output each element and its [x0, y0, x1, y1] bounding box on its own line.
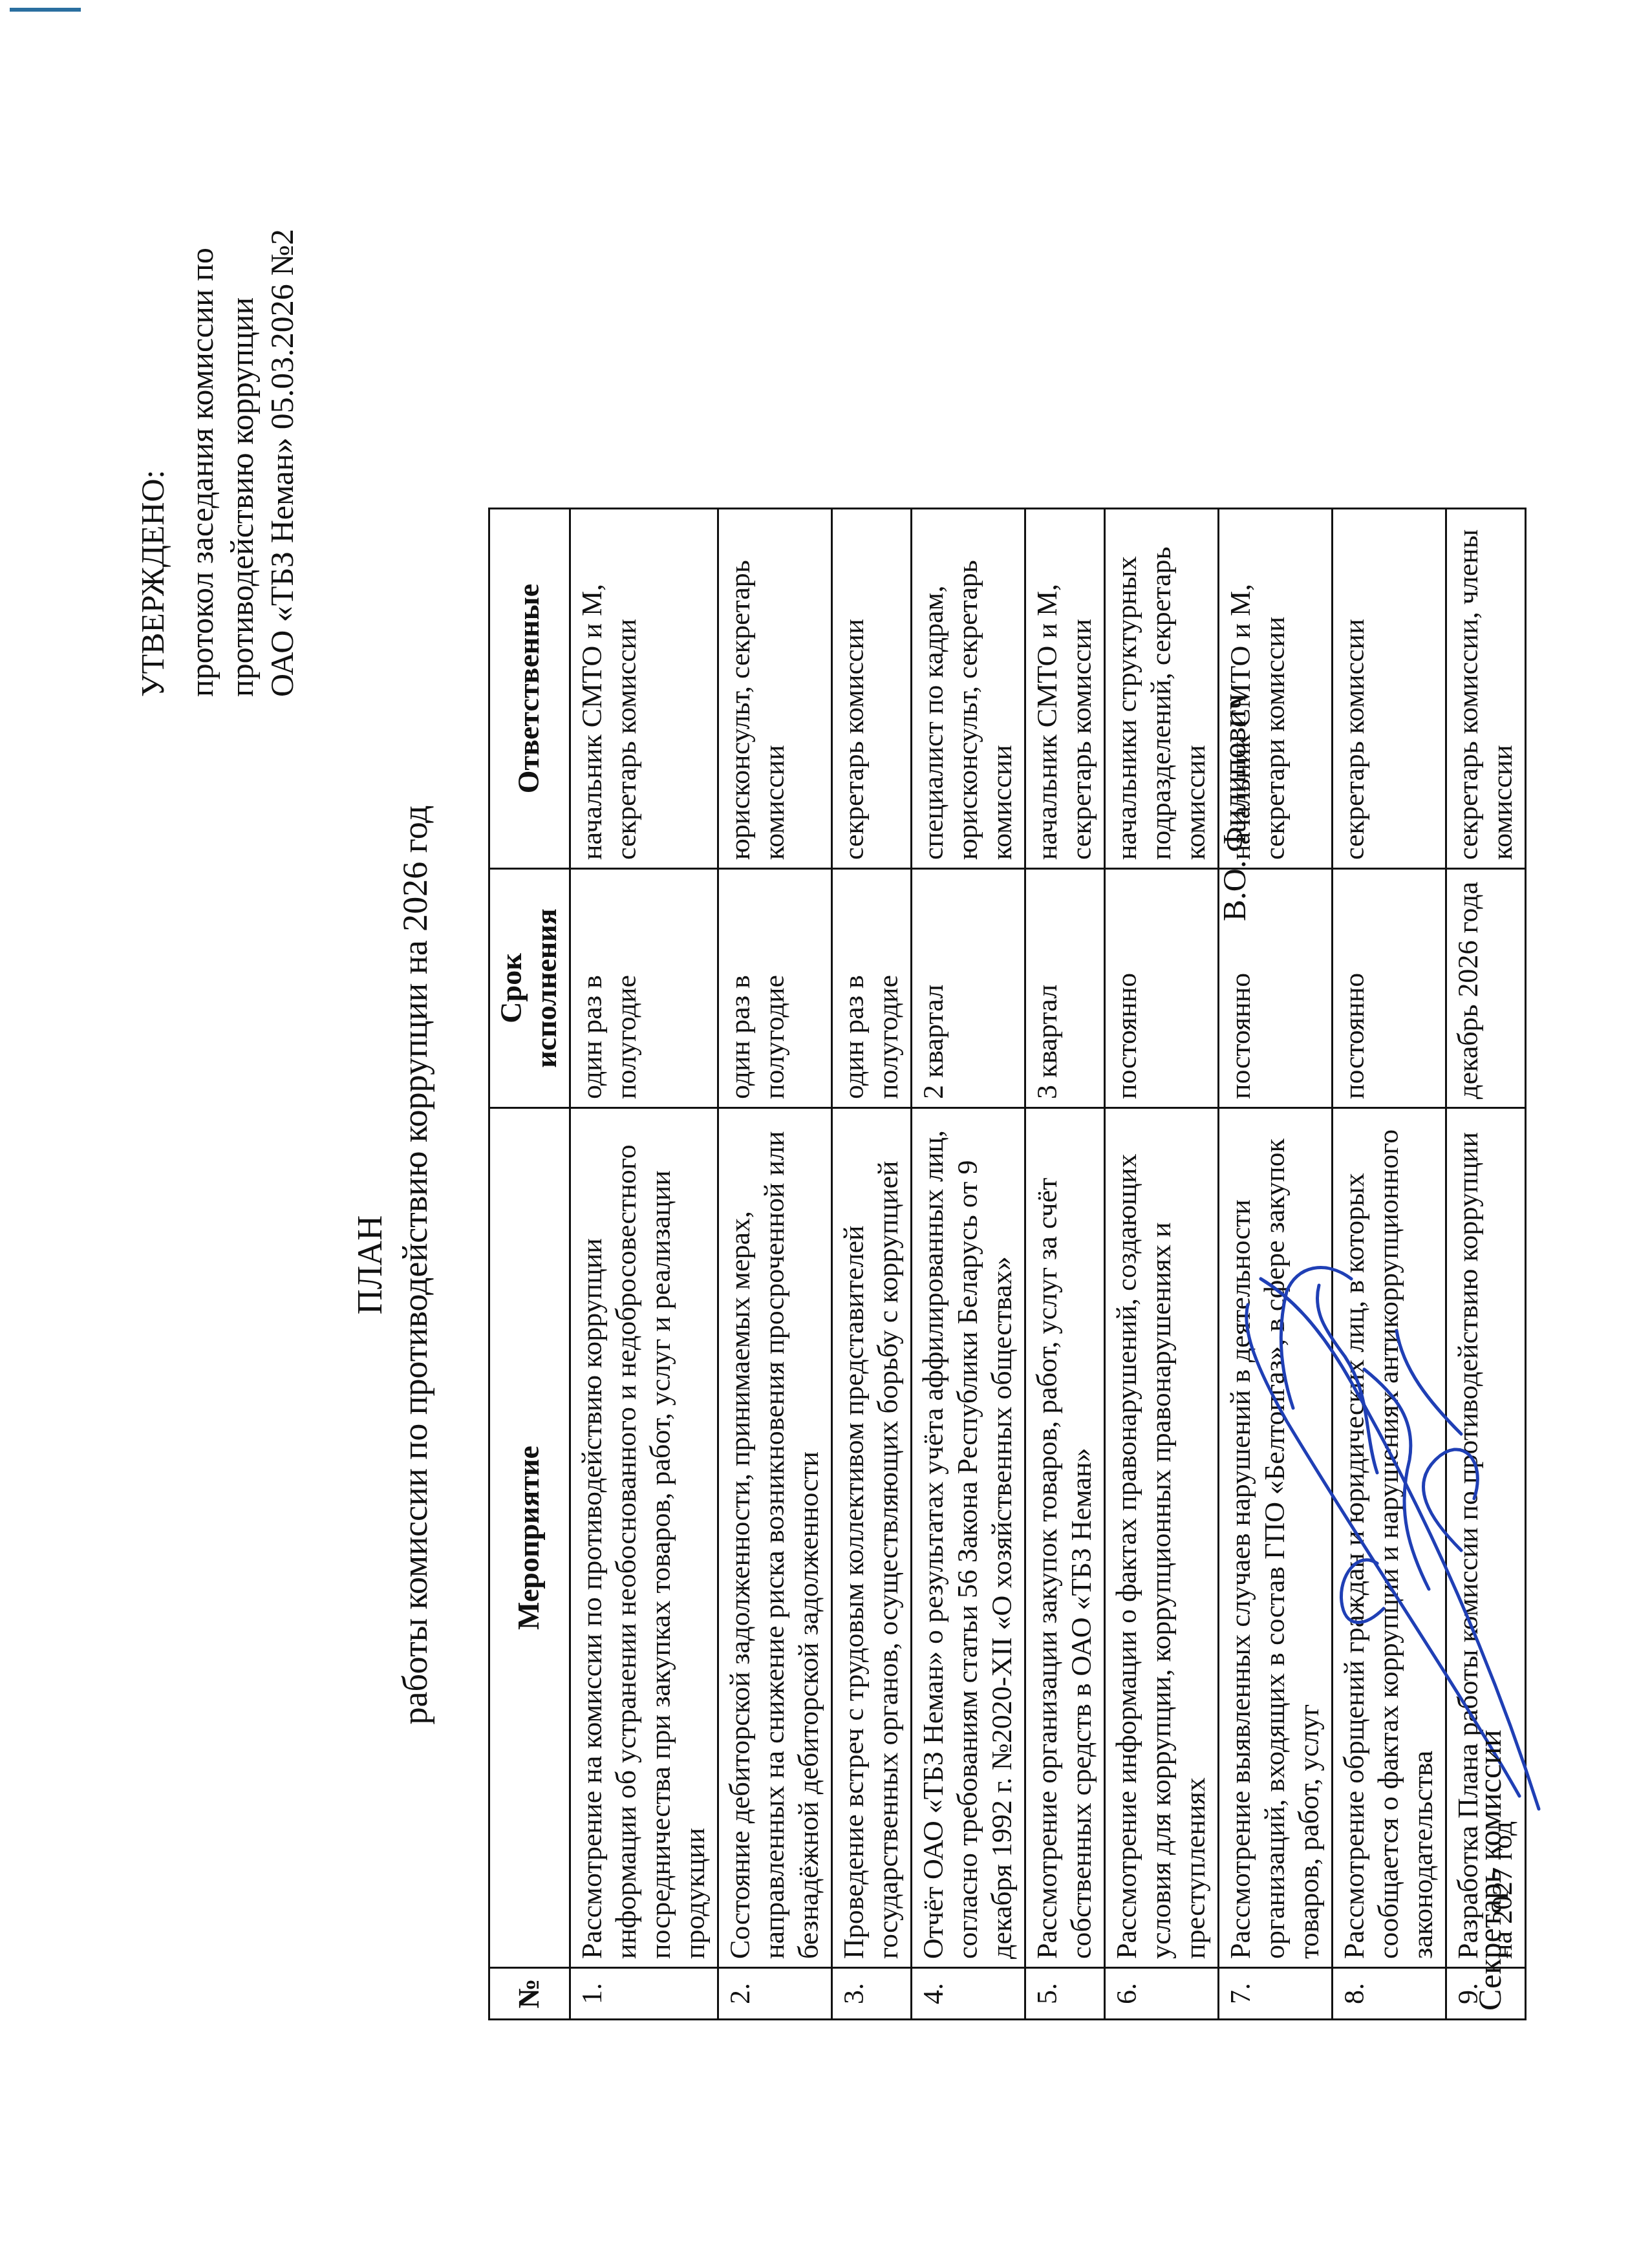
responsible-cell: начальник СМТО и М, секретарь комиссии: [570, 509, 718, 869]
activity-cell: Рассмотрение организации закупок товаров…: [1025, 1108, 1105, 1968]
column-header-activity: Мероприятие: [489, 1108, 570, 1968]
activity-cell: Состояние дебиторской задолженности, при…: [718, 1108, 832, 1968]
column-header-responsible: Ответственные: [489, 509, 570, 869]
table-row: 6.Рассмотрение информации о фактах право…: [1105, 509, 1219, 2020]
row-number-cell: 7.: [1219, 1968, 1333, 2020]
term-cell: один раз в полугодие: [570, 869, 718, 1108]
activity-cell: Отчёт ОАО «ТБЗ Неман» о результатах учёт…: [912, 1108, 1025, 1968]
signer-name: В.О. Филипович: [1216, 694, 1253, 921]
row-number-cell: 4.: [912, 1968, 1025, 2020]
activity-cell: Рассмотрение информации о фактах правона…: [1105, 1108, 1219, 1968]
row-number-cell: 8.: [1333, 1968, 1446, 2020]
row-number-cell: 2.: [718, 1968, 832, 2020]
responsible-cell: юрисконсульт, секретарь комиссии: [718, 509, 832, 869]
responsible-cell: секретарь комиссии: [832, 509, 912, 869]
activity-cell: Проведение встреч с трудовым коллективом…: [832, 1108, 912, 1968]
document-subtitle: работы комиссии по противодействию корру…: [394, 509, 436, 2020]
table-row: 4.Отчёт ОАО «ТБЗ Неман» о результатах уч…: [912, 509, 1025, 2020]
row-number-cell: 1.: [570, 1968, 718, 2020]
document-page: УТВЕРЖДЕНО: протокол заседания комиссии …: [0, 0, 1650, 2268]
scan-corner-mark: [10, 8, 81, 18]
row-number-cell: 3.: [832, 1968, 912, 2020]
term-cell: один раз в полугодие: [718, 869, 832, 1108]
responsible-cell: секретарь комиссии, члены комиссии: [1446, 509, 1526, 869]
term-cell: 2 квартал: [912, 869, 1025, 1108]
row-number-cell: 5.: [1025, 1968, 1105, 2020]
approval-line: противодействию коррупции: [222, 76, 262, 697]
responsible-cell: секретарь комиссии: [1333, 509, 1446, 869]
signer-role: Секретарь комиссии: [1471, 1729, 1508, 2011]
document-title: ПЛАН: [349, 509, 391, 2020]
table-row: 3.Проведение встреч с трудовым коллектив…: [832, 509, 912, 2020]
term-cell: 3 квартал: [1025, 869, 1105, 1108]
responsible-cell: специалист по кадрам, юрисконсульт, секр…: [912, 509, 1025, 869]
approval-line: протокол заседания комиссии по: [182, 76, 222, 697]
document-title-block: ПЛАН работы комиссии по противодействию …: [349, 509, 436, 2020]
responsible-cell: начальники структурных подразделений, се…: [1105, 509, 1219, 869]
approval-stamp: УТВЕРЖДЕНО: протокол заседания комиссии …: [133, 76, 302, 697]
term-cell: один раз в полугодие: [832, 869, 912, 1108]
table-row: 5.Рассмотрение организации закупок товар…: [1025, 509, 1105, 2020]
column-header-num: №: [489, 1968, 570, 2020]
approval-heading: УТВЕРЖДЕНО:: [133, 76, 173, 697]
table-header-row: № Мероприятие Срок исполнения Ответствен…: [489, 509, 570, 2020]
row-number-cell: 6.: [1105, 1968, 1219, 2020]
activity-cell: Рассмотрение на комиссии по противодейст…: [570, 1108, 718, 1968]
term-cell: постоянно: [1105, 869, 1219, 1108]
table-row: 2.Состояние дебиторской задолженности, п…: [718, 509, 832, 2020]
term-cell: декабрь 2026 года: [1446, 869, 1526, 1108]
column-header-term: Срок исполнения: [489, 869, 570, 1108]
responsible-cell: начальник СМТО и М, секретарь комиссии: [1025, 509, 1105, 869]
term-cell: постоянно: [1333, 869, 1446, 1108]
table-row: 1.Рассмотрение на комиссии по противодей…: [570, 509, 718, 2020]
approval-line: ОАО «ТБЗ Неман» 05.03.2026 №2: [262, 76, 302, 697]
